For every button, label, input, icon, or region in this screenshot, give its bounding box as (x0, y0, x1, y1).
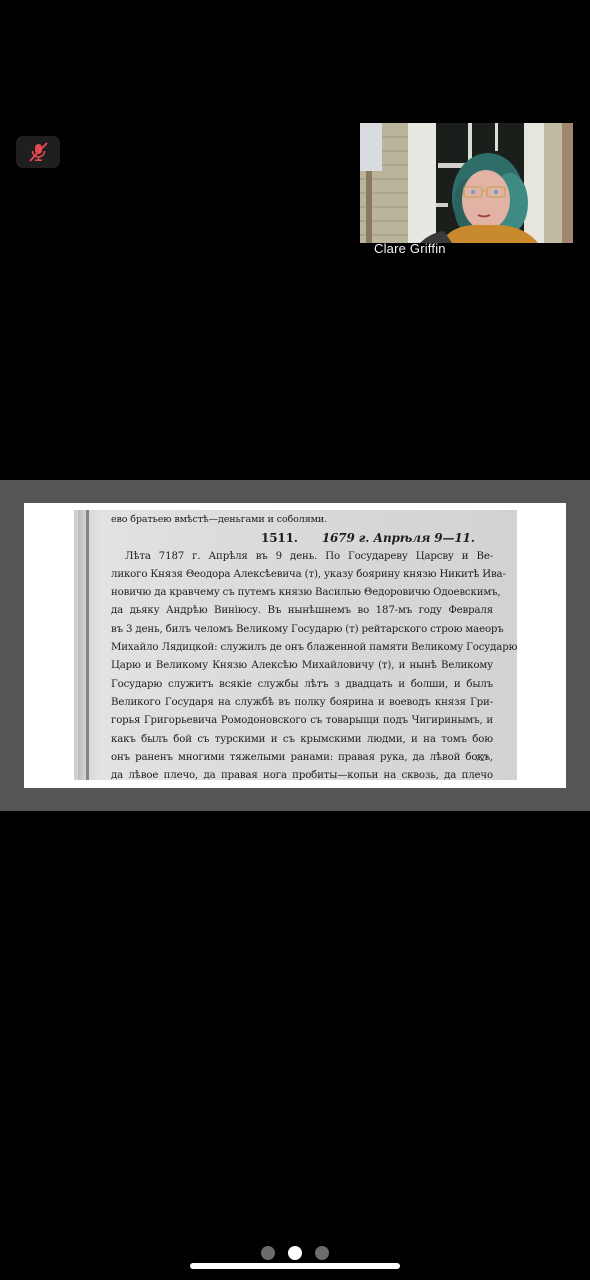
participant-name-label: Clare Griffin (374, 241, 446, 256)
document-text: ево братьею вмѣстѣ—деньгами и соболями. … (111, 511, 493, 780)
document-line: да дьяку Андрѣю Виніюсу. Въ нынѣшнемъ во… (111, 602, 493, 620)
participant-video-tile[interactable]: Clare Griffin (360, 123, 573, 260)
document-line: Государю служитъ всякіе службы лѣтъ з дв… (111, 676, 493, 694)
document-line: ликого Князя Θеодора Алексѣевича (т), ук… (111, 566, 493, 584)
document-page-number: 72* (475, 754, 489, 763)
shared-slide: ево братьею вмѣстѣ—деньгами и соболями. … (24, 503, 566, 788)
page-dot[interactable] (288, 1246, 302, 1260)
document-entry-date: 1679 г. Апрѣля 9—11. (322, 531, 475, 545)
document-line: да лѣвое плечо, да правая нога пробиты—к… (111, 767, 493, 780)
document-line: Лѣта 7187 г. Апрѣля въ 9 день. По Госуда… (111, 548, 493, 566)
document-line: Великого Государя на службѣ въ полку боя… (111, 694, 493, 712)
participant-video-feed (360, 123, 573, 243)
page-dot[interactable] (315, 1246, 329, 1260)
document-line: Царю и Великому Князю Алексѣю Михайлович… (111, 657, 493, 675)
shared-screen-view[interactable]: ево братьею вмѣстѣ—деньгами и соболями. … (0, 480, 590, 811)
page-spine-shadow (78, 510, 86, 780)
document-heading: 1511. 1679 г. Апрѣля 9—11. (111, 529, 493, 547)
document-line: новичю да кравчему съ путемъ князю Васил… (111, 584, 493, 602)
mic-muted-icon (25, 141, 51, 163)
page-dot[interactable] (261, 1246, 275, 1260)
page-indicator (0, 1246, 590, 1260)
document-entry-number: 1511. (261, 531, 298, 545)
document-line: ево братьею вмѣстѣ—деньгами и соболями. (111, 511, 493, 529)
page-spine-line (86, 510, 89, 780)
document-line: какъ былъ бой съ турскими и съ крымскими… (111, 731, 493, 749)
mute-status-badge[interactable] (16, 136, 60, 168)
document-line: въ 3 день, билъ челомъ Великому Государю… (111, 621, 493, 639)
document-line: горья Григорьевича Ромодоновского съ тов… (111, 712, 493, 730)
home-indicator[interactable] (190, 1263, 400, 1269)
document-line: Михайло Лядицкой: служилъ де онъ блаженн… (111, 639, 493, 657)
document-line: онъ раненъ многими тяжелыми ранами: прав… (111, 749, 493, 767)
scanned-document-page: ево братьею вмѣстѣ—деньгами и соболями. … (74, 510, 517, 780)
